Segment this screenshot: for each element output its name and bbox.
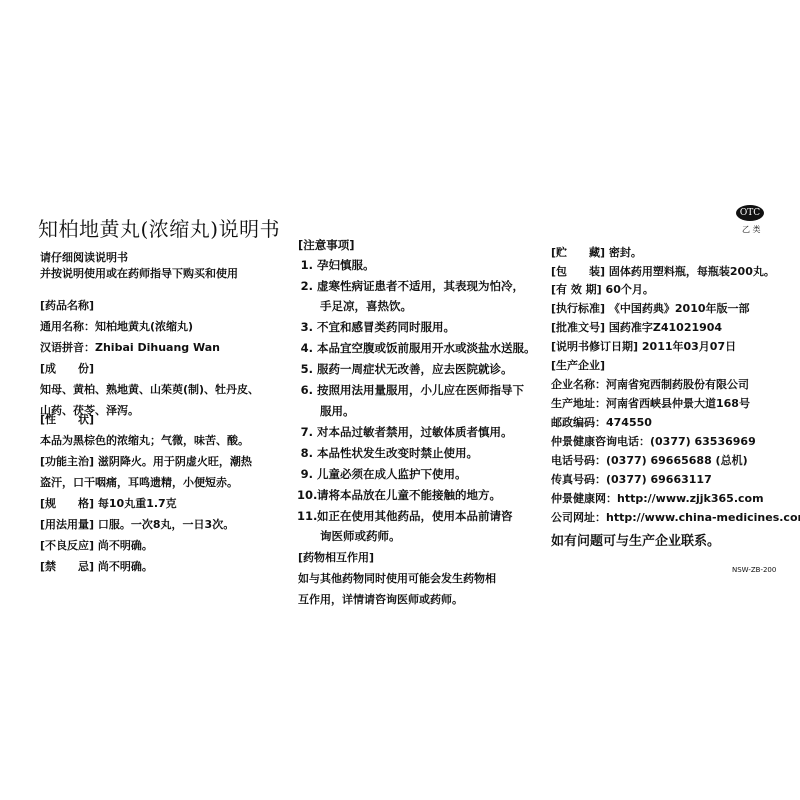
item-text: 服药一周症状无改善，应去医院就诊。 [317,362,513,376]
interaction-text: 如与其他药物同时使用可能会发生药物相 [298,570,496,586]
c1-line: 通用名称：知柏地黄丸(浓缩丸) [40,318,193,334]
item-text: 本品性状发生改变时禁止使用。 [317,446,478,460]
document-code: NSW-ZB-200 [732,566,776,574]
item-text: 虚寒性病证患者不适用，其表现为怕冷， [317,279,524,293]
subtitle-line-2: 并按说明使用或在药师指导下购买和使用 [40,265,238,281]
c3-line: 生产地址：河南省西峡县仲景大道168号 [551,395,750,411]
c3-line: 邮政编码：474550 [551,414,652,430]
item-number: 8. [297,446,313,460]
c1-line: [功能主治] 滋阴降火。用于阴虚火旺，潮热 [40,453,252,469]
item-number: 2. [297,279,313,293]
item-text: 儿童必须在成人监护下使用。 [317,467,467,481]
item-number: 6. [297,383,313,397]
item-text: 按照用法用量服用，小儿应在医师指导下 [317,383,524,397]
c3-line: [执行标准] 《中国药典》2010年版一部 [551,300,750,316]
c1-line: [禁 忌] 尚不明确。 [40,558,153,574]
interaction-heading: [药物相互作用] [298,549,374,565]
page-title: 知柏地黄丸(浓缩丸)说明书 [38,213,280,242]
c3-line: 电话号码：(0377) 69665688 (总机) [551,452,748,468]
precaution-item: 9.儿童必须在成人监护下使用。 [297,466,467,482]
c1-line: [性 状] [40,411,94,427]
subtitle-line-1: 请仔细阅读说明书 [40,249,128,265]
precautions-heading: [注意事项] [298,237,355,253]
c1-line: [药品名称] [40,297,94,313]
c1-line: [规 格] 每10丸重1.7克 [40,495,177,511]
otc-category: 乙 类 [742,224,761,235]
precaution-item: 1.孕妇慎服。 [297,257,375,273]
c3-line: [贮 藏] 密封。 [551,244,642,260]
item-text-cont: 服用。 [320,403,355,419]
c3-line: 企业名称：河南省宛西制药股份有限公司 [551,376,749,392]
c3-line: 传真号码：(0377) 69663117 [551,471,712,487]
precaution-item: 6.按照用法用量服用，小儿应在医师指导下 [297,382,524,398]
item-text: 请将本品放在儿童不能接触的地方。 [317,488,501,502]
item-number: 4. [297,341,313,355]
c3-line: 仲景健康咨询电话：(0377) 63536969 [551,433,756,449]
item-number: 1. [297,258,313,272]
item-text: 本品宜空腹或饭前服用开水或淡盐水送服。 [317,341,536,355]
c3-line: 公司网址：http://www.china-medicines.com [551,509,800,525]
c3-line: [说明书修订日期] 2011年03月07日 [551,338,736,354]
item-text-cont: 手足凉，喜热饮。 [320,298,412,314]
precaution-item: 11.如正在使用其他药品，使用本品前请咨 [297,508,513,524]
c1-line: 本品为黑棕色的浓缩丸；气微，味苦、酸。 [40,432,249,448]
c1-line: 汉语拼音：Zhibai Dihuang Wan [40,339,220,355]
item-number: 11. [297,509,313,523]
precaution-item: 10.请将本品放在儿童不能接触的地方。 [297,487,501,503]
c3-line: 仲景健康网：http://www.zjjk365.com [551,490,764,506]
item-text-cont: 询医师或药师。 [320,528,401,544]
item-text: 孕妇慎服。 [317,258,375,272]
item-number: 10. [297,488,313,502]
c1-line: [不良反应] 尚不明确。 [40,537,153,553]
item-number: 7. [297,425,313,439]
precaution-item: 7.对本品过敏者禁用，过敏体质者慎用。 [297,424,513,440]
precaution-item: 2.虚寒性病证患者不适用，其表现为怕冷， [297,278,524,294]
item-text: 不宜和感冒类药同时服用。 [317,320,455,334]
precaution-item: 8.本品性状发生改变时禁止使用。 [297,445,478,461]
contact-note: 如有问题可与生产企业联系。 [551,530,720,549]
item-number: 9. [297,467,313,481]
c1-line: 盗汗，口干咽痛，耳鸣遗精，小便短赤。 [40,474,238,490]
precaution-item: 3.不宜和感冒类药同时服用。 [297,319,455,335]
otc-badge: OTC [736,205,764,221]
c3-line: [包 装] 固体药用塑料瓶，每瓶装200丸。 [551,263,775,279]
c3-line: [批准文号] 国药准字Z41021904 [551,319,722,335]
interaction-text: 互作用，详情请咨询医师或药师。 [298,591,463,607]
c3-line: [生产企业] [551,357,605,373]
item-number: 3. [297,320,313,334]
precaution-item: 5.服药一周症状无改善，应去医院就诊。 [297,361,513,377]
item-text: 对本品过敏者禁用，过敏体质者慎用。 [317,425,513,439]
item-text: 如正在使用其他药品，使用本品前请咨 [317,509,513,523]
c1-line: [用法用量] 口服。一次8丸，一日3次。 [40,516,234,532]
precaution-item: 4.本品宜空腹或饭前服用开水或淡盐水送服。 [297,340,536,356]
c3-line: [有 效 期] 60个月。 [551,281,654,297]
c1-line: [成 份] [40,360,94,376]
c1-line: 知母、黄柏、熟地黄、山茱萸(制)、牡丹皮、 [40,381,259,397]
item-number: 5. [297,362,313,376]
